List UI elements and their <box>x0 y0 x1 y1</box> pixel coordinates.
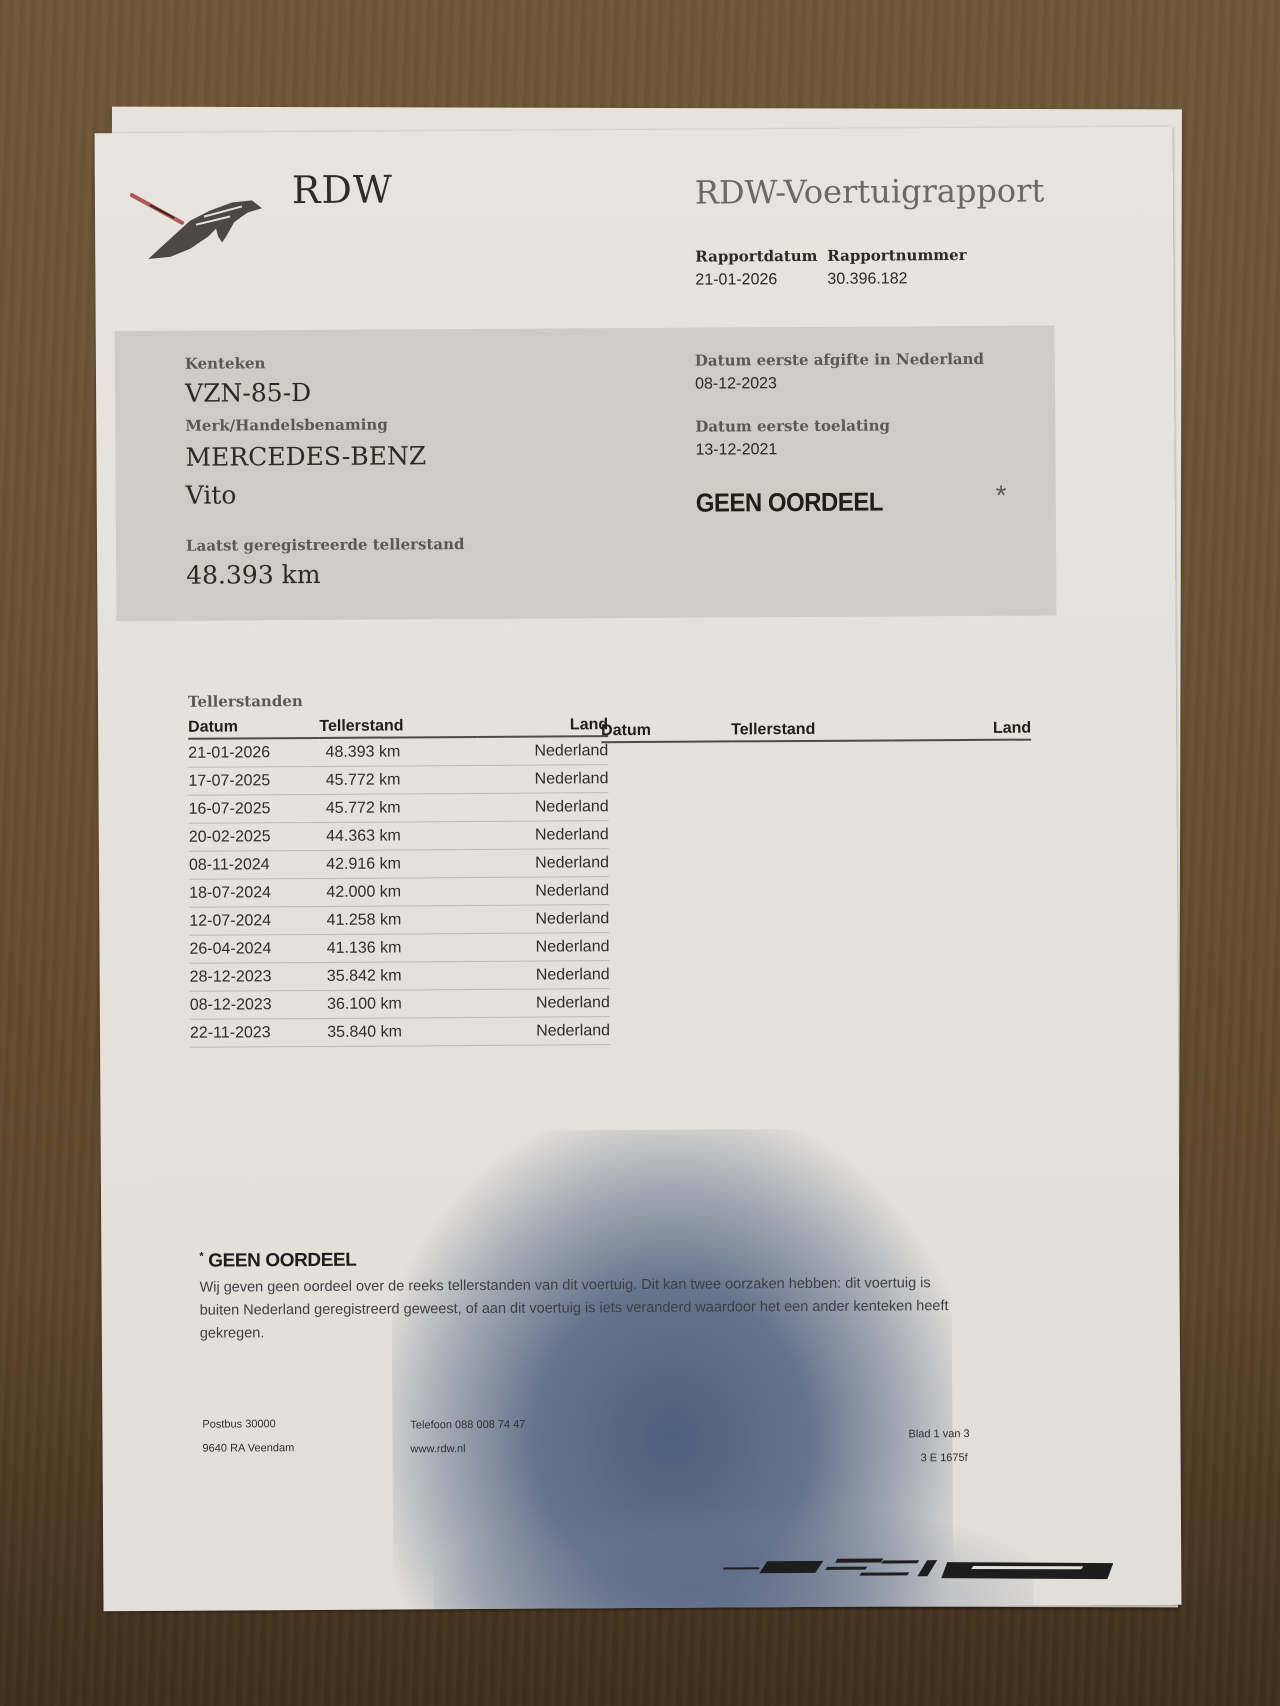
odometer-table-header-right: Datum Tellerstand Land <box>601 718 1031 743</box>
reading-country: Nederland <box>478 877 609 906</box>
reading-odometer: 42.916 km <box>320 849 478 878</box>
report-number: 30.396.182 <box>827 270 907 288</box>
reading-country: Nederland <box>478 905 609 934</box>
odometer-table-row: 08-11-202442.916 kmNederland <box>189 849 609 880</box>
vehicle-summary-panel: Kenteken VZN-85-D Merk/Handelsbenaming M… <box>115 325 1057 621</box>
footer-phone: Telefoon 088 008 74 47 <box>410 1419 525 1432</box>
column-header-odometer-right: Tellerstand <box>731 718 891 741</box>
odometer-table-left: Datum Tellerstand Land 21-01-202648.393 … <box>188 714 610 1048</box>
reading-country: Nederland <box>477 765 608 794</box>
odometer-table-row: 26-04-202441.136 kmNederland <box>189 933 609 964</box>
reading-date: 18-07-2024 <box>189 878 320 907</box>
reading-date: 12-07-2024 <box>189 906 320 935</box>
first-nl-value: 08-12-2023 <box>695 375 777 393</box>
column-header-date-right: Datum <box>601 719 731 742</box>
make-value: MERCEDES-BENZ <box>185 441 426 471</box>
reading-date: 20-02-2025 <box>189 822 320 851</box>
reading-odometer: 44.363 km <box>320 821 478 850</box>
odometer-table-row: 28-12-202335.842 kmNederland <box>190 961 610 992</box>
odometer-label: Laatst geregistreerde tellerstand <box>186 535 465 555</box>
reading-odometer: 45.772 km <box>320 765 478 794</box>
reading-odometer: 35.840 km <box>321 1017 479 1046</box>
footnote-title-text: GEEN OORDEEL <box>208 1250 356 1272</box>
document-page: RDW RDW-Voertuigrapport Rapportdatum 21-… <box>94 127 1181 1612</box>
reading-odometer: 41.258 km <box>320 905 478 934</box>
reading-date: 08-12-2023 <box>190 990 321 1019</box>
footer-address: 9640 RA Veendam <box>202 1442 294 1455</box>
plate-label: Kenteken <box>185 354 266 372</box>
first-admission-value: 13-12-2021 <box>695 441 777 459</box>
odometer-section-title: Tellerstanden <box>188 692 303 711</box>
reading-country: Nederland <box>477 736 608 765</box>
odometer-table-row: 16-07-202545.772 kmNederland <box>189 793 609 824</box>
verdict-status: GEEN OORDEEL <box>696 486 883 518</box>
reading-odometer: 48.393 km <box>319 737 477 766</box>
reading-odometer: 42.000 km <box>320 877 478 906</box>
column-header-date: Datum <box>188 716 319 739</box>
footnote-marker: * <box>199 1251 203 1263</box>
reading-country: Nederland <box>477 793 608 822</box>
odometer-table-row: 20-02-202544.363 kmNederland <box>189 821 609 852</box>
footnote-title: * GEEN OORDEEL <box>199 1250 356 1273</box>
first-admission-label: Datum eerste toelating <box>695 416 890 435</box>
reading-country: Nederland <box>478 961 609 990</box>
reading-date: 21-01-2026 <box>188 738 319 767</box>
reading-odometer: 36.100 km <box>321 989 479 1018</box>
report-date: 21-01-2026 <box>695 271 777 289</box>
odometer-table-row: 18-07-202442.000 kmNederland <box>189 877 609 908</box>
plate-value: VZN-85-D <box>185 378 311 408</box>
reading-date: 16-07-2025 <box>189 794 320 823</box>
reading-date: 22-11-2023 <box>190 1018 321 1047</box>
footer-website-link[interactable]: www.rdw.nl <box>411 1443 466 1455</box>
odometer-table-right: Datum Tellerstand Land <box>601 718 1031 744</box>
reading-country: Nederland <box>478 849 609 878</box>
footnote-text: Wij geven geen oordeel over de reeks tel… <box>199 1272 959 1346</box>
odometer-table-row: 17-07-202545.772 kmNederland <box>188 765 608 796</box>
reading-date: 26-04-2024 <box>189 934 320 963</box>
verdict-asterisk: * <box>996 480 1007 512</box>
reading-odometer: 35.842 km <box>321 961 479 990</box>
odometer-table-header: Datum Tellerstand Land <box>188 714 608 739</box>
reading-country: Nederland <box>478 989 609 1018</box>
make-label: Merk/Handelsbenaming <box>185 416 388 435</box>
model-value: Vito <box>186 480 237 509</box>
column-header-country: Land <box>477 714 608 737</box>
reading-country: Nederland <box>477 821 608 850</box>
reading-date: 17-07-2025 <box>188 766 319 795</box>
reading-country: Nederland <box>478 933 609 962</box>
report-title: RDW-Voertuigrapport <box>695 172 1045 212</box>
report-number-label: Rapportnummer <box>827 246 966 265</box>
document-code: 3 E 1675f <box>921 1452 968 1464</box>
photo-shadow <box>391 1128 954 1611</box>
footer-postbus: Postbus 30000 <box>202 1418 275 1430</box>
odometer-table-row: 08-12-202336.100 kmNederland <box>190 989 610 1020</box>
odometer-table-row: 22-11-202335.840 kmNederland <box>190 1017 610 1048</box>
first-nl-label: Datum eerste afgifte in Nederland <box>695 350 984 370</box>
column-header-odometer: Tellerstand <box>319 715 477 738</box>
column-header-country-right: Land <box>891 718 1031 741</box>
brand-name: RDW <box>292 167 393 212</box>
odometer-table-row: 21-01-202648.393 kmNederland <box>188 736 608 767</box>
reading-date: 08-11-2024 <box>189 850 320 879</box>
odometer-table-row: 12-07-202441.258 kmNederland <box>189 905 609 936</box>
reading-date: 28-12-2023 <box>190 962 321 991</box>
page-indicator: Blad 1 van 3 <box>908 1428 969 1440</box>
barcode-icon <box>723 1545 1143 1588</box>
reading-odometer: 41.136 km <box>321 933 479 962</box>
reading-odometer: 45.772 km <box>320 793 478 822</box>
odometer-value: 48.393 km <box>186 560 320 590</box>
reading-country: Nederland <box>479 1017 610 1046</box>
report-date-label: Rapportdatum <box>695 247 817 266</box>
rdw-feather-logo-icon <box>130 172 281 263</box>
